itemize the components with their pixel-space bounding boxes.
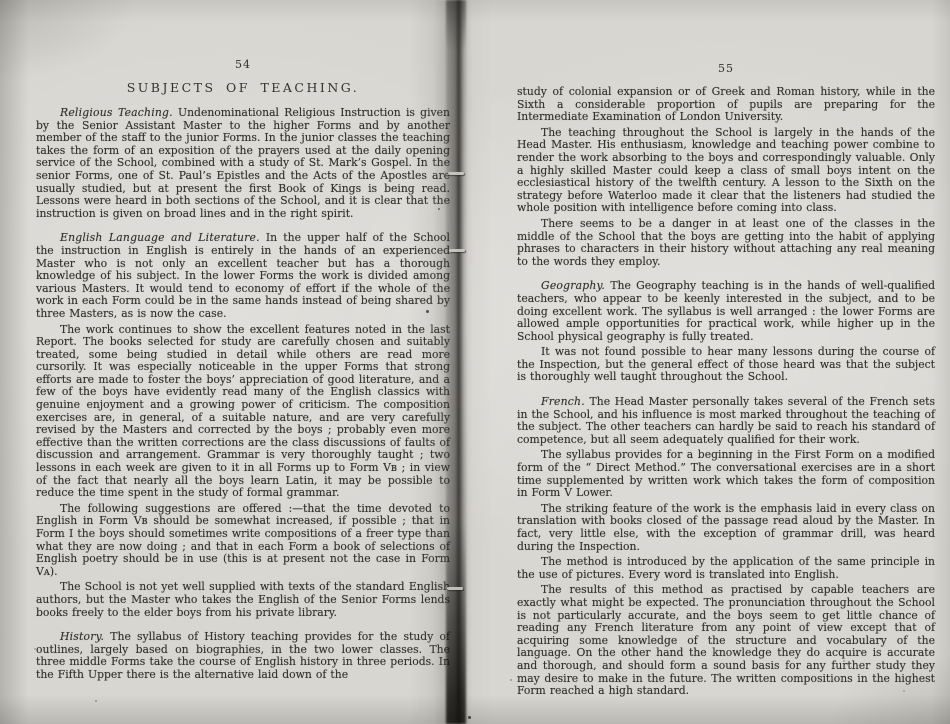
paragraph-text: The method is introduced by the applicat…	[517, 555, 935, 581]
book-scan: 54 SUBJECTS OF TEACHING. Religious Teach…	[0, 0, 950, 724]
paragraph-lead: History.	[60, 630, 104, 643]
binding-stitch	[449, 249, 465, 252]
paragraph-lead: French.	[541, 395, 585, 408]
paragraph-lead: English Language and Literature.	[60, 231, 260, 244]
left-page-body: Religious Teaching. Undenominational Rel…	[36, 107, 450, 682]
paragraph-text: It was not found possible to hear many l…	[517, 345, 935, 383]
scan-speck	[34, 648, 36, 650]
paragraph-text: study of colonial expansion or of Greek …	[517, 85, 935, 123]
paragraph-text: The syllabus provides for a beginning in…	[517, 448, 935, 499]
paragraph-history: History. The syllabus of History teachin…	[36, 631, 450, 681]
paragraph-french-translation: The striking feature of the work is the …	[517, 503, 935, 553]
left-page: 54 SUBJECTS OF TEACHING. Religious Teach…	[36, 0, 450, 682]
scan-speck	[843, 660, 845, 662]
paragraph-text: There seems to be a danger in at least o…	[517, 217, 935, 268]
right-page: 55 study of colonial expansion or of Gre…	[517, 0, 935, 698]
right-page-body: study of colonial expansion or of Greek …	[517, 86, 935, 698]
paragraph-french-method: The method is introduced by the applicat…	[517, 556, 935, 581]
scan-speck	[903, 690, 905, 692]
paragraph-text: The following suggestions are offered :—…	[36, 502, 450, 578]
paragraph-english-texts: The School is not yet well supplied with…	[36, 581, 450, 619]
paragraph-text: The work continues to show the excellent…	[36, 323, 450, 500]
paragraph-text: The School is not yet well supplied with…	[36, 580, 450, 618]
paragraph-geography-inspection: It was not found possible to hear many l…	[517, 346, 935, 384]
paragraph-english-suggestions: The following suggestions are offered :—…	[36, 503, 450, 579]
paragraph-text: Undenominational Religious Instruction i…	[36, 106, 450, 220]
binding-stitch	[447, 587, 463, 590]
scan-speck	[438, 208, 440, 210]
paragraph-geography: Geography. The Geography teaching is in …	[517, 280, 935, 343]
paragraph-text: In the upper half of the School the inst…	[36, 231, 450, 320]
paragraph-text: The results of this method as practised …	[517, 583, 935, 697]
paragraph-lead: Religious Teaching.	[60, 106, 173, 119]
section-heading: SUBJECTS OF TEACHING.	[36, 80, 450, 95]
left-page-number: 54	[36, 58, 450, 71]
paragraph-history-danger: There seems to be a danger in at least o…	[517, 218, 935, 268]
paragraph-french-syllabus: The syllabus provides for a beginning in…	[517, 449, 935, 499]
paragraph-history-continued: study of colonial expansion or of Greek …	[517, 86, 935, 124]
paragraph-religious-teaching: Religious Teaching. Undenominational Rel…	[36, 107, 450, 220]
paragraph-text: The teaching throughout the School is la…	[517, 126, 935, 215]
paragraph-french-results: The results of this method as practised …	[517, 584, 935, 697]
paragraph-french: French. The Head Master personally takes…	[517, 396, 935, 446]
paragraph-lead: Geography.	[541, 279, 605, 292]
paragraph-english-language: English Language and Literature. In the …	[36, 232, 450, 320]
scan-speck	[510, 679, 512, 681]
binding-stitch	[448, 172, 464, 175]
scan-speck	[95, 700, 97, 702]
paragraph-english-work: The work continues to show the excellent…	[36, 324, 450, 500]
paragraph-history-headmaster: The teaching throughout the School is la…	[517, 127, 935, 215]
right-page-number: 55	[517, 62, 935, 75]
scan-speck	[468, 716, 471, 719]
paragraph-text: The striking feature of the work is the …	[517, 502, 935, 553]
scan-speck	[426, 310, 429, 313]
